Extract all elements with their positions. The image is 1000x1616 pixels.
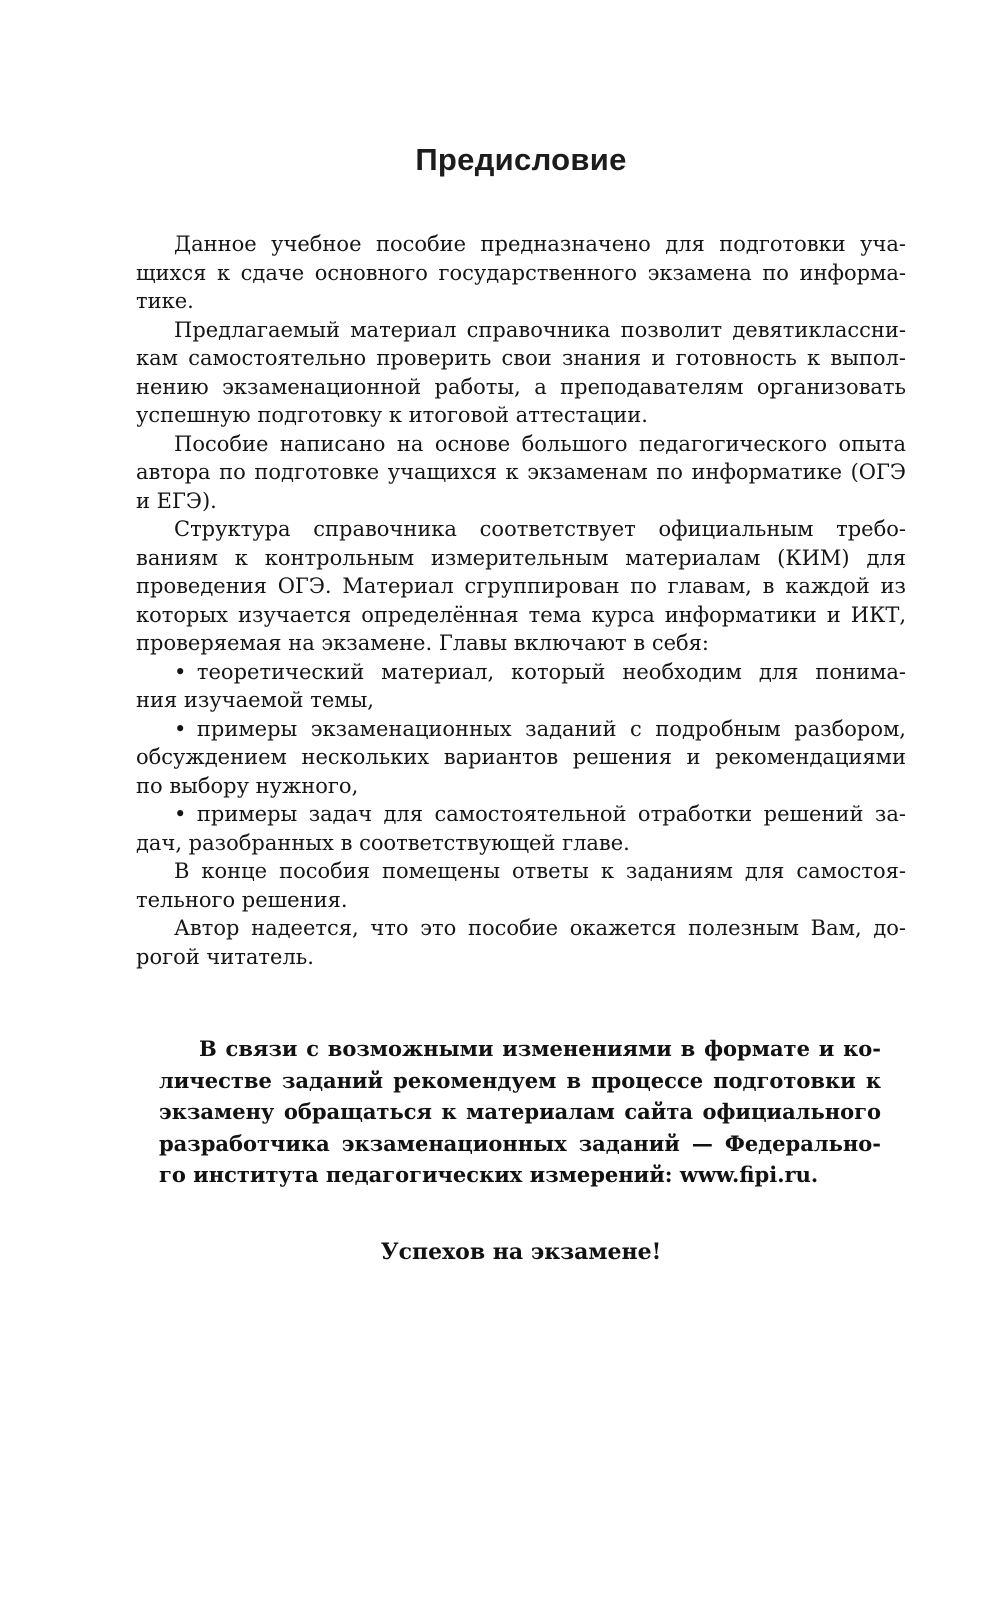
text-line: по выбору нужного, <box>136 772 906 801</box>
notice-line: разработчика экзаменационных заданий — Ф… <box>159 1128 881 1160</box>
text-line: рогой читатель. <box>136 943 906 972</box>
text-line: щихся к сдаче основного государственного… <box>136 259 906 288</box>
text-line: • примеры задач для самостоятельной отра… <box>136 800 906 829</box>
text-line: которых изучается определённая тема курс… <box>136 601 906 630</box>
bullet-paragraph: • теоретический материал, который необхо… <box>136 658 906 715</box>
paragraph: Пособие написано на основе большого педа… <box>136 430 906 516</box>
text-line: успешную подготовку к итоговой аттестаци… <box>136 401 906 430</box>
text-line: тельного решения. <box>136 886 906 915</box>
text-block: Предисловие Данное учебное пособие предн… <box>136 140 906 1267</box>
text-line: Данное учебное пособие предназначено для… <box>136 230 906 259</box>
text-line: автора по подготовке учащихся к экзамена… <box>136 458 906 487</box>
closing-motto: Успехов на экзамене! <box>136 1237 906 1267</box>
text-line: тике. <box>136 287 906 316</box>
paragraph: Данное учебное пособие предназначено для… <box>136 230 906 316</box>
text-line: ваниям к контрольным измерительным матер… <box>136 544 906 573</box>
body-paragraphs: Данное учебное пособие предназначено для… <box>136 230 906 971</box>
text-line: В конце пособия помещены ответы к задани… <box>136 857 906 886</box>
book-page: Предисловие Данное учебное пособие предн… <box>0 0 1000 1616</box>
text-line: и ЕГЭ). <box>136 487 906 516</box>
notice-line: го института педагогических измерений: w… <box>159 1159 881 1191</box>
text-line: Пособие написано на основе большого педа… <box>136 430 906 459</box>
notice-line: экзамену обращаться к материалам сайта о… <box>159 1096 881 1128</box>
paragraph: Структура справочника соответствует офиц… <box>136 515 906 658</box>
notice-line: В связи с возможными изменениями в форма… <box>159 1033 881 1065</box>
text-line: Структура справочника соответствует офиц… <box>136 515 906 544</box>
text-line: Автор надеется, что это пособие окажется… <box>136 914 906 943</box>
paragraph: Автор надеется, что это пособие окажется… <box>136 914 906 971</box>
page-title: Предисловие <box>136 140 906 180</box>
notice-line: личестве заданий рекомендуем в процессе … <box>159 1065 881 1097</box>
notice-block: В связи с возможными изменениями в форма… <box>159 1033 881 1191</box>
paragraph: Предлагаемый материал справочника позвол… <box>136 316 906 430</box>
text-line: обсуждением нескольких вариантов решения… <box>136 743 906 772</box>
paragraph: В конце пособия помещены ответы к задани… <box>136 857 906 914</box>
bullet-paragraph: • примеры задач для самостоятельной отра… <box>136 800 906 857</box>
text-line: нению экзаменационной работы, а преподав… <box>136 373 906 402</box>
text-line: дач, разобранных в соответствующей главе… <box>136 829 906 858</box>
text-line: • теоретический материал, который необхо… <box>136 658 906 687</box>
text-line: проведения ОГЭ. Материал сгруппирован по… <box>136 572 906 601</box>
text-line: ния изучаемой темы, <box>136 686 906 715</box>
text-line: кам самостоятельно проверить свои знания… <box>136 344 906 373</box>
bullet-paragraph: • примеры экзаменационных заданий с подр… <box>136 715 906 801</box>
text-line: • примеры экзаменационных заданий с подр… <box>136 715 906 744</box>
text-line: Предлагаемый материал справочника позвол… <box>136 316 906 345</box>
text-line: проверяемая на экзамене. Главы включают … <box>136 629 906 658</box>
